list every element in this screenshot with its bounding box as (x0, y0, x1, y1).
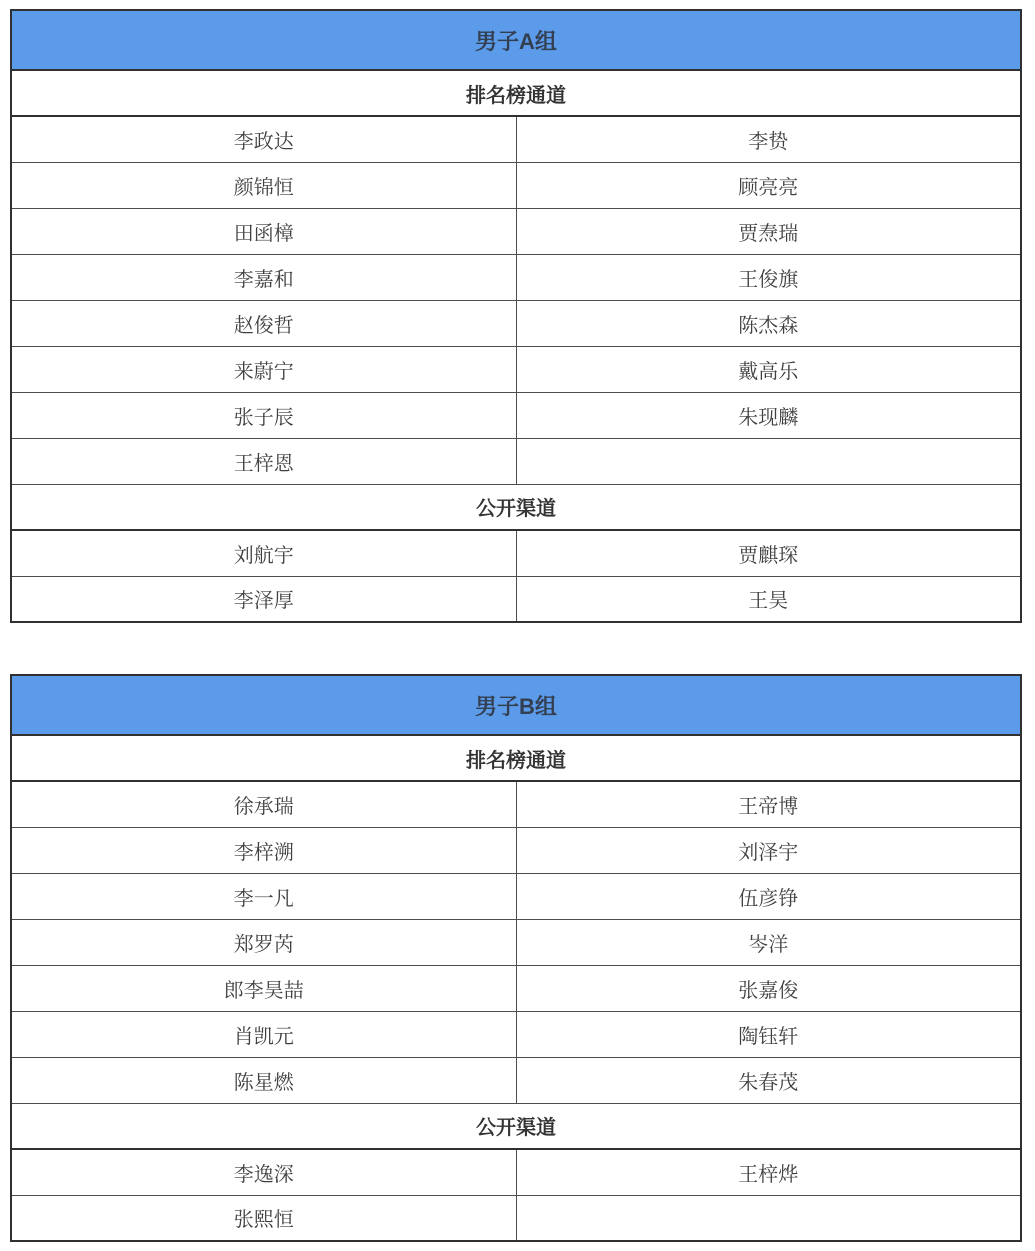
player-name-cell: 李贽 (516, 116, 1021, 162)
player-name-cell: 戴高乐 (516, 346, 1021, 392)
table-row: 李泽厚 王昊 (11, 576, 1021, 622)
player-name-cell: 朱现麟 (516, 392, 1021, 438)
player-name-cell: 陈星燃 (11, 1057, 516, 1103)
player-name-cell: 王梓烨 (516, 1149, 1021, 1195)
table-row: 李梓溯 刘泽宇 (11, 827, 1021, 873)
player-name-cell: 张熙恒 (11, 1195, 516, 1241)
table-row: 赵俊哲 陈杰森 (11, 300, 1021, 346)
player-name-cell: 郑罗芮 (11, 919, 516, 965)
player-name-cell: 贾焘瑞 (516, 208, 1021, 254)
player-name-cell: 徐承瑞 (11, 781, 516, 827)
table-row: 男子A组 (11, 10, 1021, 70)
table-row: 肖凯元 陶钰轩 (11, 1011, 1021, 1057)
player-name-cell: 张子辰 (11, 392, 516, 438)
player-name-cell: 肖凯元 (11, 1011, 516, 1057)
player-name-cell: 岑洋 (516, 919, 1021, 965)
group-b-title: 男子B组 (11, 675, 1021, 735)
table-row: 郑罗芮 岑洋 (11, 919, 1021, 965)
table-row: 颜锦恒 顾亮亮 (11, 162, 1021, 208)
table-row: 王梓恩 (11, 438, 1021, 484)
section-header-ranking: 排名榜通道 (11, 735, 1021, 781)
table-row: 徐承瑞 王帝博 (11, 781, 1021, 827)
player-name-cell: 陈杰森 (516, 300, 1021, 346)
player-name-cell: 赵俊哲 (11, 300, 516, 346)
player-name-cell: 陶钰轩 (516, 1011, 1021, 1057)
player-name-cell: 李一凡 (11, 873, 516, 919)
section-header-open: 公开渠道 (11, 1103, 1021, 1149)
player-name-cell: 张嘉俊 (516, 965, 1021, 1011)
player-name-cell (516, 438, 1021, 484)
table-row: 李政达 李贽 (11, 116, 1021, 162)
table-row: 陈星燃 朱春茂 (11, 1057, 1021, 1103)
section-header-ranking: 排名榜通道 (11, 70, 1021, 116)
table-row: 田函樟 贾焘瑞 (11, 208, 1021, 254)
player-name-cell: 郎李昊喆 (11, 965, 516, 1011)
player-name-cell: 顾亮亮 (516, 162, 1021, 208)
table-row: 张子辰 朱现麟 (11, 392, 1021, 438)
table-row: 郎李昊喆 张嘉俊 (11, 965, 1021, 1011)
player-name-cell: 王昊 (516, 576, 1021, 622)
player-name-cell: 来蔚宁 (11, 346, 516, 392)
player-name-cell: 王梓恩 (11, 438, 516, 484)
table-row: 来蔚宁 戴高乐 (11, 346, 1021, 392)
player-name-cell: 伍彦铮 (516, 873, 1021, 919)
player-name-cell: 朱春茂 (516, 1057, 1021, 1103)
table-row: 公开渠道 (11, 484, 1021, 530)
table-row: 公开渠道 (11, 1103, 1021, 1149)
group-b-table: 男子B组 排名榜通道 徐承瑞 王帝博 李梓溯 刘泽宇 李一凡 伍彦铮 郑罗芮 岑… (10, 674, 1022, 1242)
table-row: 李逸深 王梓烨 (11, 1149, 1021, 1195)
group-a-title: 男子A组 (11, 10, 1021, 70)
player-name-cell (516, 1195, 1021, 1241)
section-header-open: 公开渠道 (11, 484, 1021, 530)
table-row: 排名榜通道 (11, 70, 1021, 116)
table-row: 男子B组 (11, 675, 1021, 735)
table-row: 排名榜通道 (11, 735, 1021, 781)
player-name-cell: 刘泽宇 (516, 827, 1021, 873)
table-row: 张熙恒 (11, 1195, 1021, 1241)
player-name-cell: 李政达 (11, 116, 516, 162)
player-name-cell: 李嘉和 (11, 254, 516, 300)
player-name-cell: 田函樟 (11, 208, 516, 254)
table-row: 李嘉和 王俊旗 (11, 254, 1021, 300)
player-name-cell: 刘航宇 (11, 530, 516, 576)
player-name-cell: 李梓溯 (11, 827, 516, 873)
player-name-cell: 李逸深 (11, 1149, 516, 1195)
player-name-cell: 李泽厚 (11, 576, 516, 622)
player-name-cell: 颜锦恒 (11, 162, 516, 208)
player-name-cell: 王俊旗 (516, 254, 1021, 300)
player-name-cell: 王帝博 (516, 781, 1021, 827)
player-name-cell: 贾麒琛 (516, 530, 1021, 576)
table-row: 刘航宇 贾麒琛 (11, 530, 1021, 576)
table-row: 李一凡 伍彦铮 (11, 873, 1021, 919)
group-a-table: 男子A组 排名榜通道 李政达 李贽 颜锦恒 顾亮亮 田函樟 贾焘瑞 李嘉和 王俊… (10, 9, 1022, 623)
